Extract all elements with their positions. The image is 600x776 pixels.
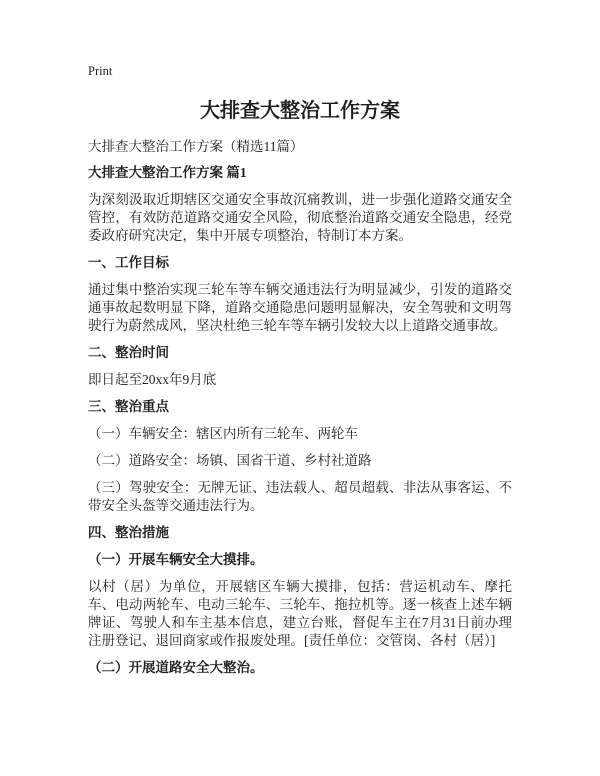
section-4-subsection-2-heading: （二）开展道路安全大整治。	[88, 659, 512, 677]
document-subtitle: 大排查大整治工作方案（精选11篇）	[88, 138, 512, 156]
section-3-heading: 三、整治重点	[88, 398, 512, 416]
document-title: 大排查大整治工作方案	[88, 99, 512, 124]
section-2-paragraph: 即日起至20xx年9月底	[88, 371, 512, 389]
section-4-subsection-1-heading: （一）开展车辆安全大摸排。	[88, 551, 512, 569]
print-link[interactable]: Print	[88, 64, 112, 78]
section-4-subsection-1-paragraph: 以村（居）为单位，开展辖区车辆大摸排，包括：营运机动车、摩托车、电动两轮车、电动…	[88, 578, 512, 650]
section-3-item-2: （二）道路安全：场镇、国省干道、乡村社道路	[88, 452, 512, 470]
section-3-item-3: （三）驾驶安全：无牌无证、违法载人、超员超载、非法从事客运、不带安全头盔等交通违…	[88, 479, 512, 515]
chapter-heading: 大排查大整治工作方案 篇1	[88, 164, 512, 182]
section-1-paragraph: 通过集中整治实现三轮车等车辆交通违法行为明显减少，引发的道路交通事故起数明显下降…	[88, 281, 512, 335]
section-2-heading: 二、整治时间	[88, 344, 512, 362]
document-page: Print 大排查大整治工作方案 大排查大整治工作方案（精选11篇） 大排查大整…	[0, 0, 600, 776]
section-3-item-1: （一）车辆安全：辖区内所有三轮车、两轮车	[88, 425, 512, 443]
section-4-heading: 四、整治措施	[88, 524, 512, 542]
section-1-heading: 一、工作目标	[88, 254, 512, 272]
intro-paragraph: 为深刻汲取近期辖区交通安全事故沉痛教训，进一步强化道路交通安全管控，有效防范道路…	[88, 191, 512, 245]
